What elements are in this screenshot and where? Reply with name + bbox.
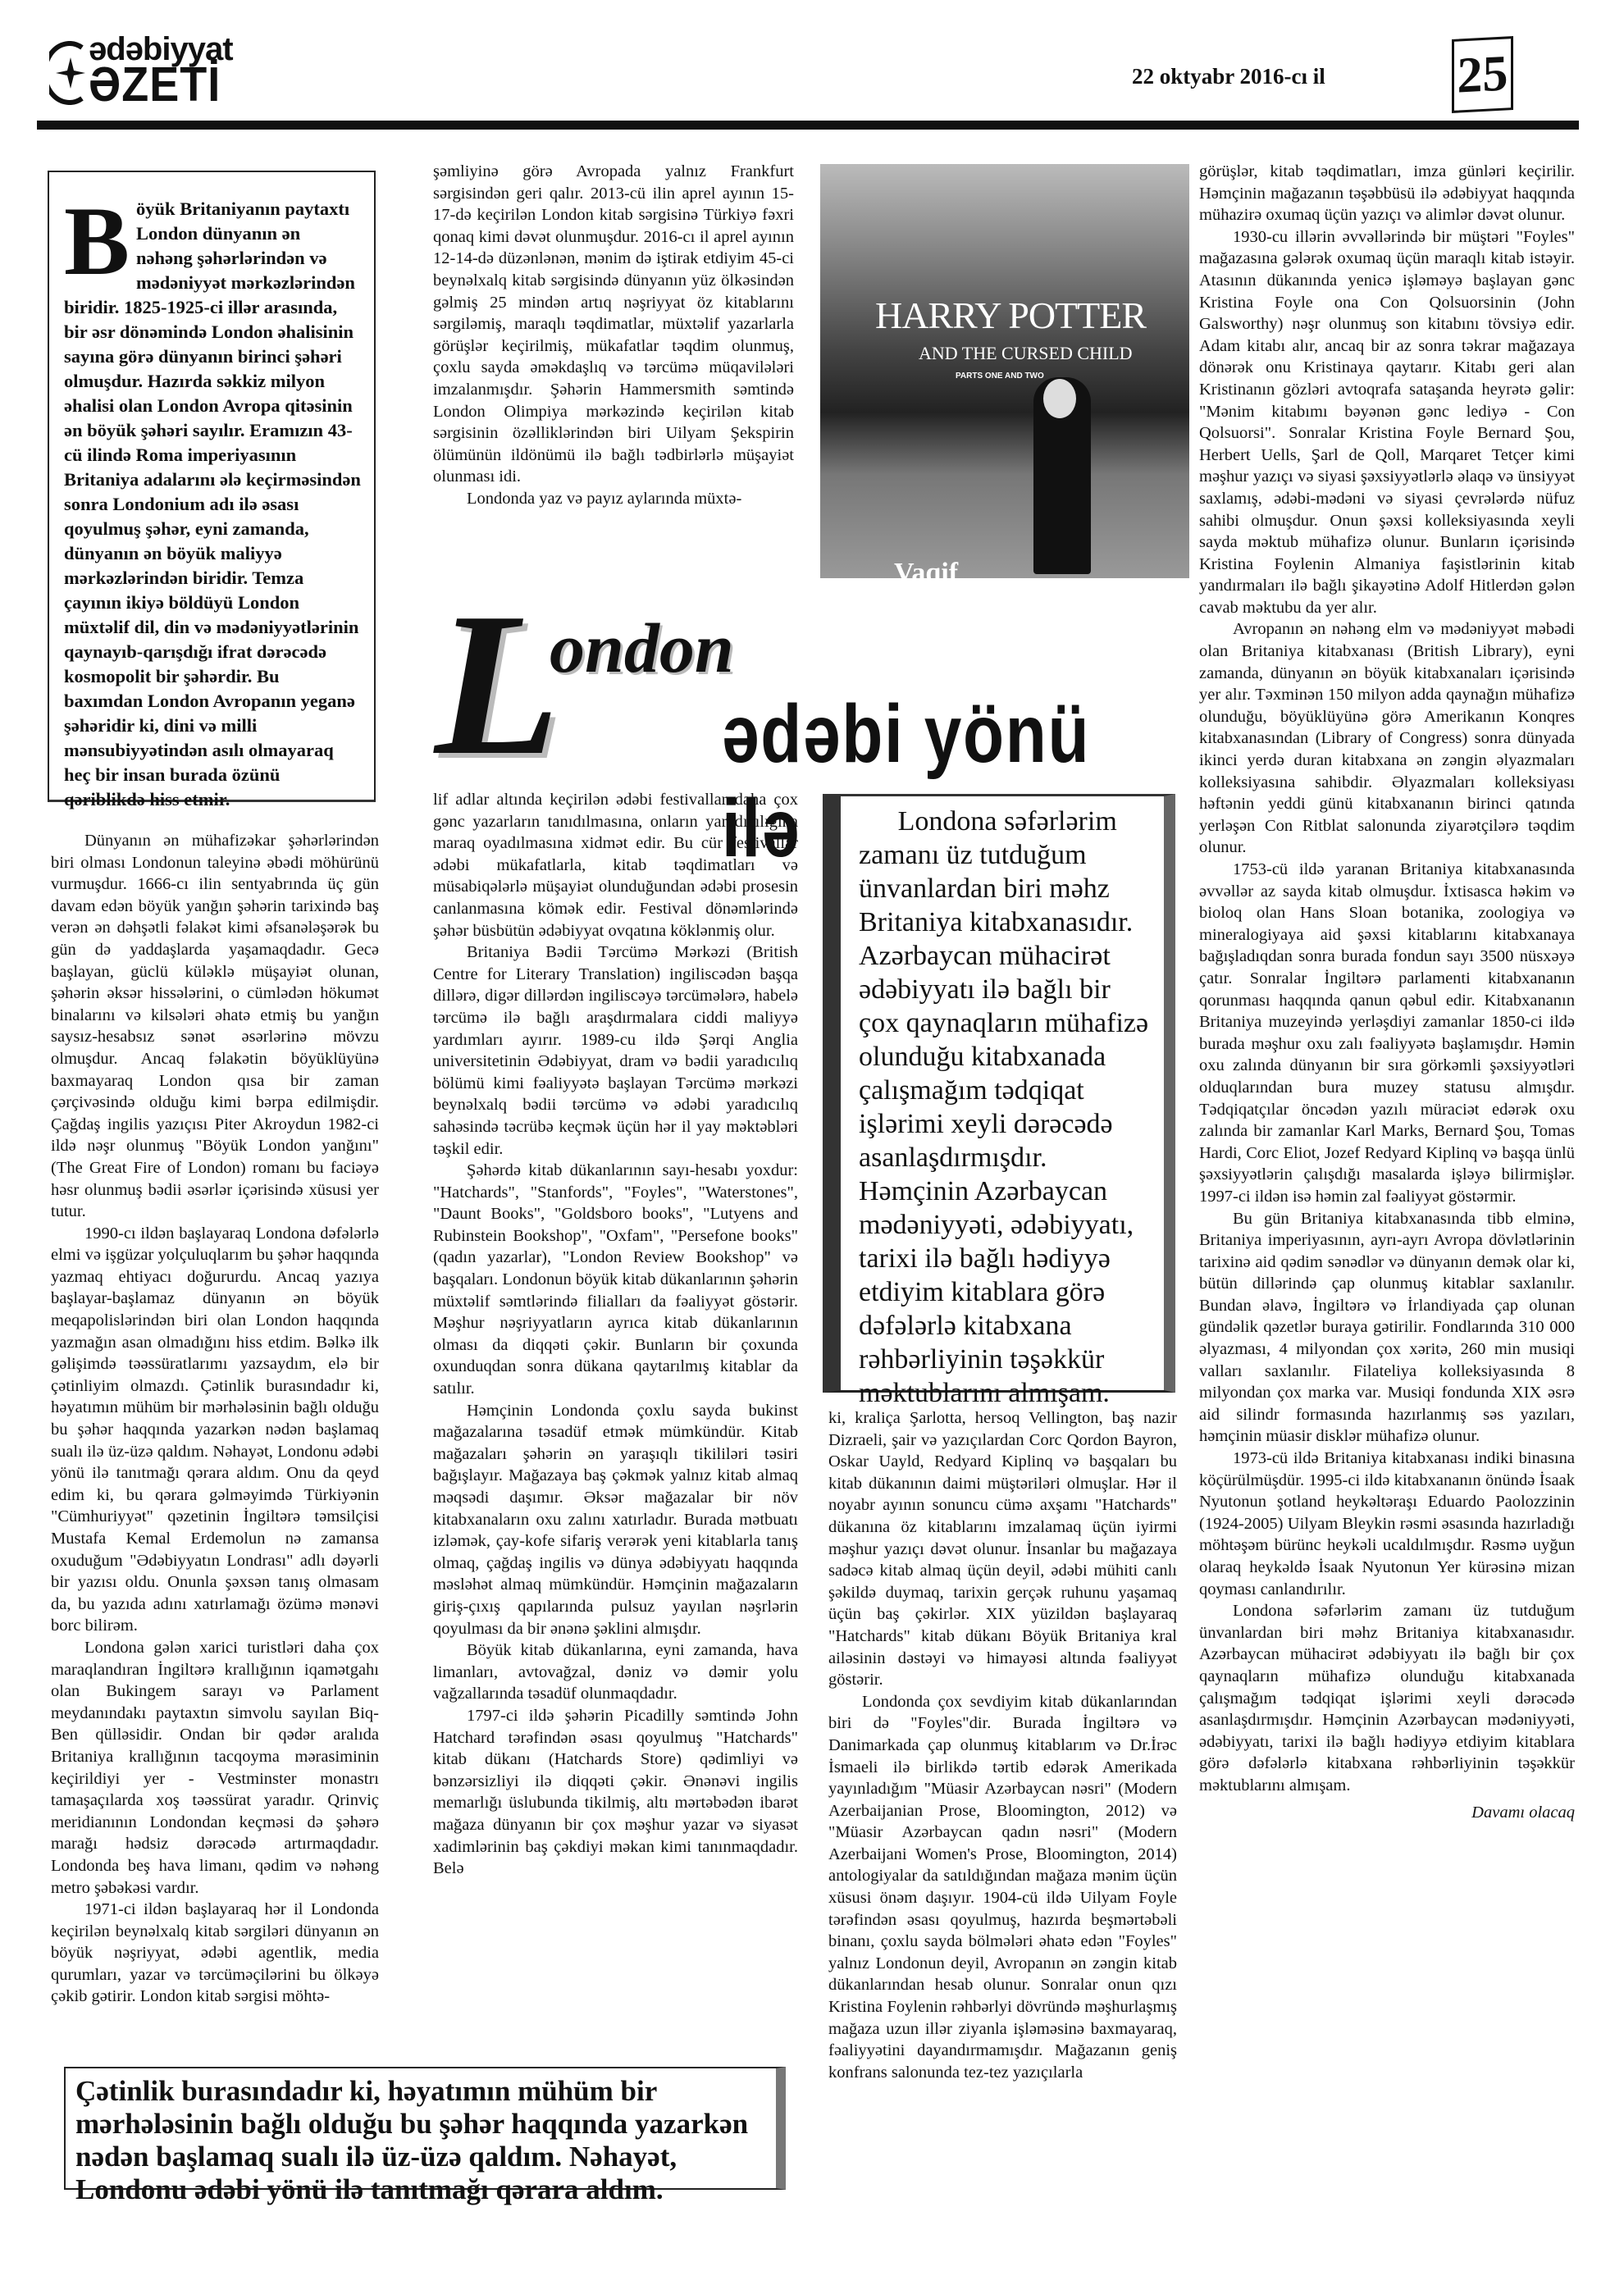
paragraph: lif adlar altında keçirilən ədəbi festiv… <box>433 789 798 942</box>
lead-paragraph: B öyük Britaniyanın paytaxtı London düny… <box>64 197 361 812</box>
pull-quote: Çətinlik burasındadır ki, həyatımın mühü… <box>64 2067 786 2190</box>
drop-cap: B <box>64 202 130 280</box>
headline: L ondon ədəbi yönü ilə <box>427 591 1181 771</box>
paragraph: 1797-ci ildə şəhərin Picadilly səmtində … <box>433 1705 798 1880</box>
paragraph: şəmliyinə görə Avropada yalnız Frankfurt… <box>433 161 794 488</box>
paragraph: Bu gün Britaniya kitabxanasında tibb elm… <box>1199 1208 1575 1448</box>
masthead-divider <box>37 121 1579 130</box>
article-photo: HARRY POTTER AND THE CURSED CHILD PARTS … <box>820 164 1189 578</box>
person-head <box>1043 379 1076 418</box>
lead-box: B öyük Britaniyanın paytaxtı London düny… <box>48 171 376 802</box>
paragraph: 1753-cü ildə yaranan Britaniya kitabxana… <box>1199 859 1575 1208</box>
paragraph: Londonda yaz və payız aylarında müxtə- <box>433 488 794 510</box>
paragraph: Londona gələn xarici turistləri daha çox… <box>51 1637 379 1899</box>
quote-text: Londona səfərlərim zamanı üz tutduğum ün… <box>859 805 1154 1410</box>
photo-sign-subtitle: AND THE CURSED CHILD <box>919 343 1133 364</box>
paragraph: Londona səfərlərim zamanı üz tutduğum ün… <box>1199 1600 1575 1796</box>
paragraph: görüşlər, kitab təqdimatları, imza günlə… <box>1199 161 1575 226</box>
paragraph: ki, kraliça Şarlotta, hersoq Vellington,… <box>828 1407 1177 1691</box>
paragraph: 1990-cı ildən başlayaraq Londona dəfələr… <box>51 1223 379 1637</box>
paragraph: Böyük kitab dükanlarına, eyni zamanda, h… <box>433 1639 798 1705</box>
continued-note: Davamı olacaq <box>1199 1802 1575 1824</box>
paragraph: Avropanın ən nəhəng elm və mədəniyyət mə… <box>1199 618 1575 859</box>
paragraph: 1930-cu illərin əvvəllərində bir müştəri… <box>1199 226 1575 619</box>
issue-date: 22 oktyabr 2016-cı il <box>1132 64 1325 89</box>
pull-quote-text: Çətinlik burasındadır ki, həyatımın mühü… <box>75 2075 766 2206</box>
paragraph: Dünyanın ən mühafizəkar şəhərlərindən bi… <box>51 830 379 1223</box>
headline-initial: L <box>435 582 560 787</box>
paragraph: Britaniya Bədii Tərcümə Mərkəzi (British… <box>433 942 798 1160</box>
quote-box: Londona səfərlərim zamanı üz tutduğum ün… <box>823 794 1175 1393</box>
author-first-name: Vaqif <box>894 558 958 578</box>
column-4: görüşlər, kitab təqdimatları, imza günlə… <box>1199 161 1575 1823</box>
photo-sign-title: HARRY POTTER <box>830 294 1189 337</box>
logo-bottom-text: ƏZETİ <box>89 60 221 108</box>
column-2-top: şəmliyinə görə Avropada yalnız Frankfurt… <box>433 161 794 510</box>
newspaper-logo: ədəbiyyat ƏZETİ <box>49 33 328 111</box>
paragraph: Şəhərdə kitab dükanlarının sayı-hesabı y… <box>433 1160 798 1400</box>
compass-star-icon <box>49 41 92 105</box>
paragraph: Həmçinin Londonda çoxlu sayda bukinst ma… <box>433 1400 798 1640</box>
page-number: 25 <box>1452 36 1513 113</box>
column-1: Dünyanın ən mühafizəkar şəhərlərindən bi… <box>51 830 379 2008</box>
column-2-bottom: lif adlar altında keçirilən ədəbi festiv… <box>433 789 798 1880</box>
column-3: ki, kraliça Şarlotta, hersoq Vellington,… <box>828 1407 1177 2083</box>
paragraph: 1973-cü ildə Britaniya kitabxanası indik… <box>1199 1448 1575 1600</box>
paragraph: Londonda çox sevdiyim kitab dükanlarında… <box>828 1691 1177 2084</box>
headline-title: ondon <box>550 607 734 689</box>
photo-sign-parts: PARTS ONE AND TWO <box>956 372 1044 381</box>
paragraph: 1971-ci ildən başlayaraq hər il Londonda… <box>51 1899 379 2008</box>
